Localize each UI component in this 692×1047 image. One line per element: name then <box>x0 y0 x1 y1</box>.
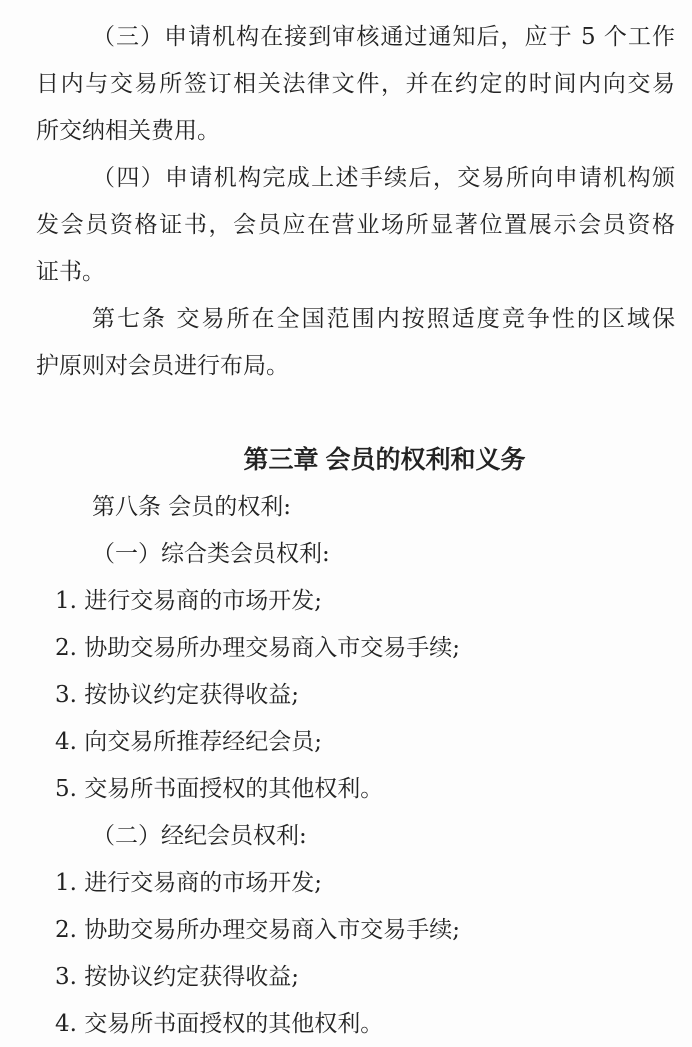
doc-line: 发会员资格证书，会员应在营业场所显著位置展示会员资格 <box>36 202 675 249</box>
sub-heading: （一）综合类会员权利: <box>36 531 675 578</box>
sub-heading: （二）经纪会员权利: <box>36 813 675 860</box>
chapter-heading: 第三章 会员的权利和义务 <box>36 437 675 484</box>
document-page: （三）申请机构在接到审核通过通知后，应于 5 个工作 日内与交易所签订相关法律文… <box>0 0 692 1047</box>
list-item: 3. 按协议约定获得收益; <box>36 954 675 1001</box>
list-item: 4. 向交易所推荐经纪会员; <box>36 719 675 766</box>
doc-line: （三）申请机构在接到审核通过通知后，应于 5 个工作 <box>36 14 675 61</box>
list-item: 3. 按协议约定获得收益; <box>36 672 675 719</box>
doc-line: 护原则对会员进行布局。 <box>36 343 675 390</box>
list-item: 2. 协助交易所办理交易商入市交易手续; <box>36 625 675 672</box>
doc-line: 日内与交易所签订相关法律文件，并在约定的时间内向交易 <box>36 61 675 108</box>
doc-line: 第七条 交易所在全国范围内按照适度竞争性的区域保 <box>36 296 675 343</box>
list-item: 5. 交易所书面授权的其他权利。 <box>36 766 675 813</box>
doc-line: 所交纳相关费用。 <box>36 108 675 155</box>
article-heading: 第八条 会员的权利: <box>36 484 675 531</box>
list-item: 4. 交易所书面授权的其他权利。 <box>36 1001 675 1047</box>
doc-line: （四）申请机构完成上述手续后，交易所向申请机构颁 <box>36 155 675 202</box>
list-item: 1. 进行交易商的市场开发; <box>36 860 675 907</box>
list-item: 2. 协助交易所办理交易商入市交易手续; <box>36 907 675 954</box>
blank-line <box>36 390 675 437</box>
doc-line: 证书。 <box>36 249 675 296</box>
list-item: 1. 进行交易商的市场开发; <box>36 578 675 625</box>
